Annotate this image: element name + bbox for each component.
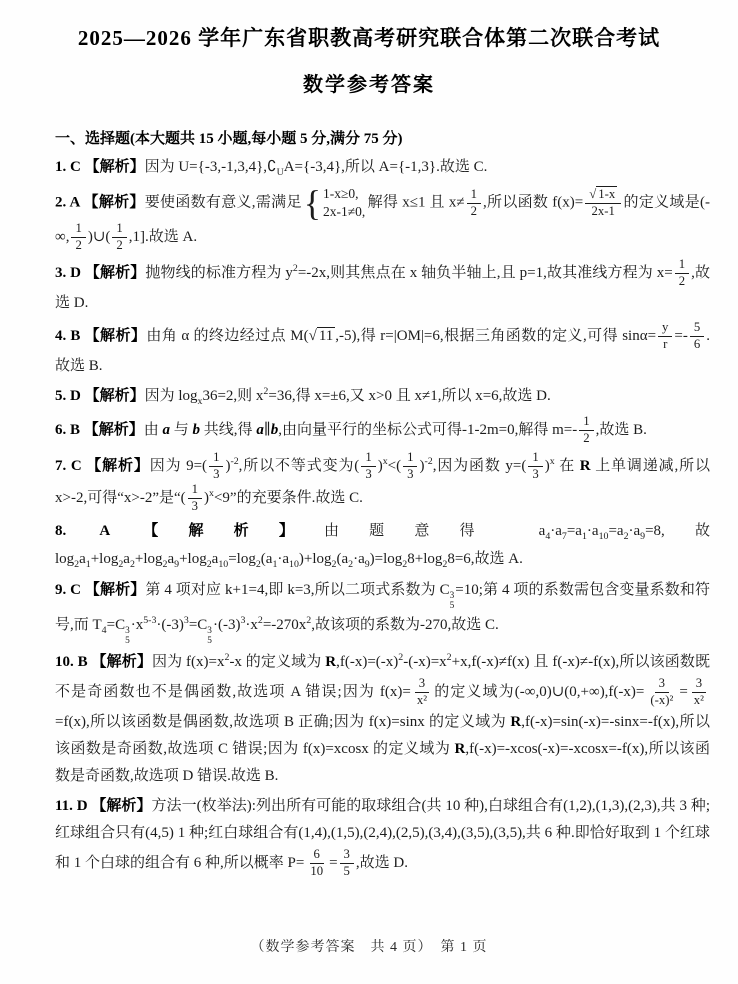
solution-item: 5. D 【解析】因为 logx36=2,则 x2=36,得 x=±6,又 x>… <box>55 383 710 411</box>
solutions-list: 1. C 【解析】因为 U={-3,-1,3,4},∁UA={-3,4},所以 … <box>55 154 710 880</box>
solution-item: 6. B 【解析】由 a 与 b 共线,得 a∥b,由向量平行的坐标公式可得-1… <box>55 414 710 447</box>
solution-item: 10. B 【解析】因为 f(x)=x2-x 的定义域为 R,f(-x)=(-x… <box>55 649 710 790</box>
solution-item: 4. B 【解析】由角 α 的终边经过点 M(√11,-5),得 r=|OM|=… <box>55 320 710 380</box>
solution-item: 8. A 【解析】由题意得 a4·a7=a1·a10=a2·a9=8,故 log… <box>55 518 710 574</box>
solution-item: 9. C 【解析】第 4 项对应 k+1=4,即 k=3,所以二项式系数为 C3… <box>55 577 710 646</box>
solution-item: 7. C 【解析】因为 9=(13)-2,所以不等式变为(13)x<(13)-2… <box>55 450 710 516</box>
solution-item: 11. D 【解析】方法一(枚举法):列出所有可能的取球组合(共 10 种),白… <box>55 793 710 880</box>
solution-item: 3. D 【解析】抛物线的标准方程为 y2=-2x,则其焦点在 x 轴负半轴上,… <box>55 257 710 317</box>
page-subtitle: 数学参考答案 <box>0 68 738 97</box>
page-title: 2025—2026 学年广东省职教高考研究联合体第二次联合考试 <box>0 0 738 52</box>
solution-item: 2. A 【解析】要使函数有意义,需满足{1-x≥0,2x-1≠0,解得 x≤1… <box>55 185 710 254</box>
section-heading: 一、选择题(本大题共 15 小题,每小题 5 分,满分 75 分) <box>55 127 710 148</box>
exam-answer-page: 2025—2026 学年广东省职教高考研究联合体第二次联合考试 数学参考答案 一… <box>0 0 738 984</box>
solution-item: 1. C 【解析】因为 U={-3,-1,3,4},∁UA={-3,4},所以 … <box>55 154 710 182</box>
page-footer: （数学参考答案 共 4 页） 第 1 页 <box>0 936 738 956</box>
